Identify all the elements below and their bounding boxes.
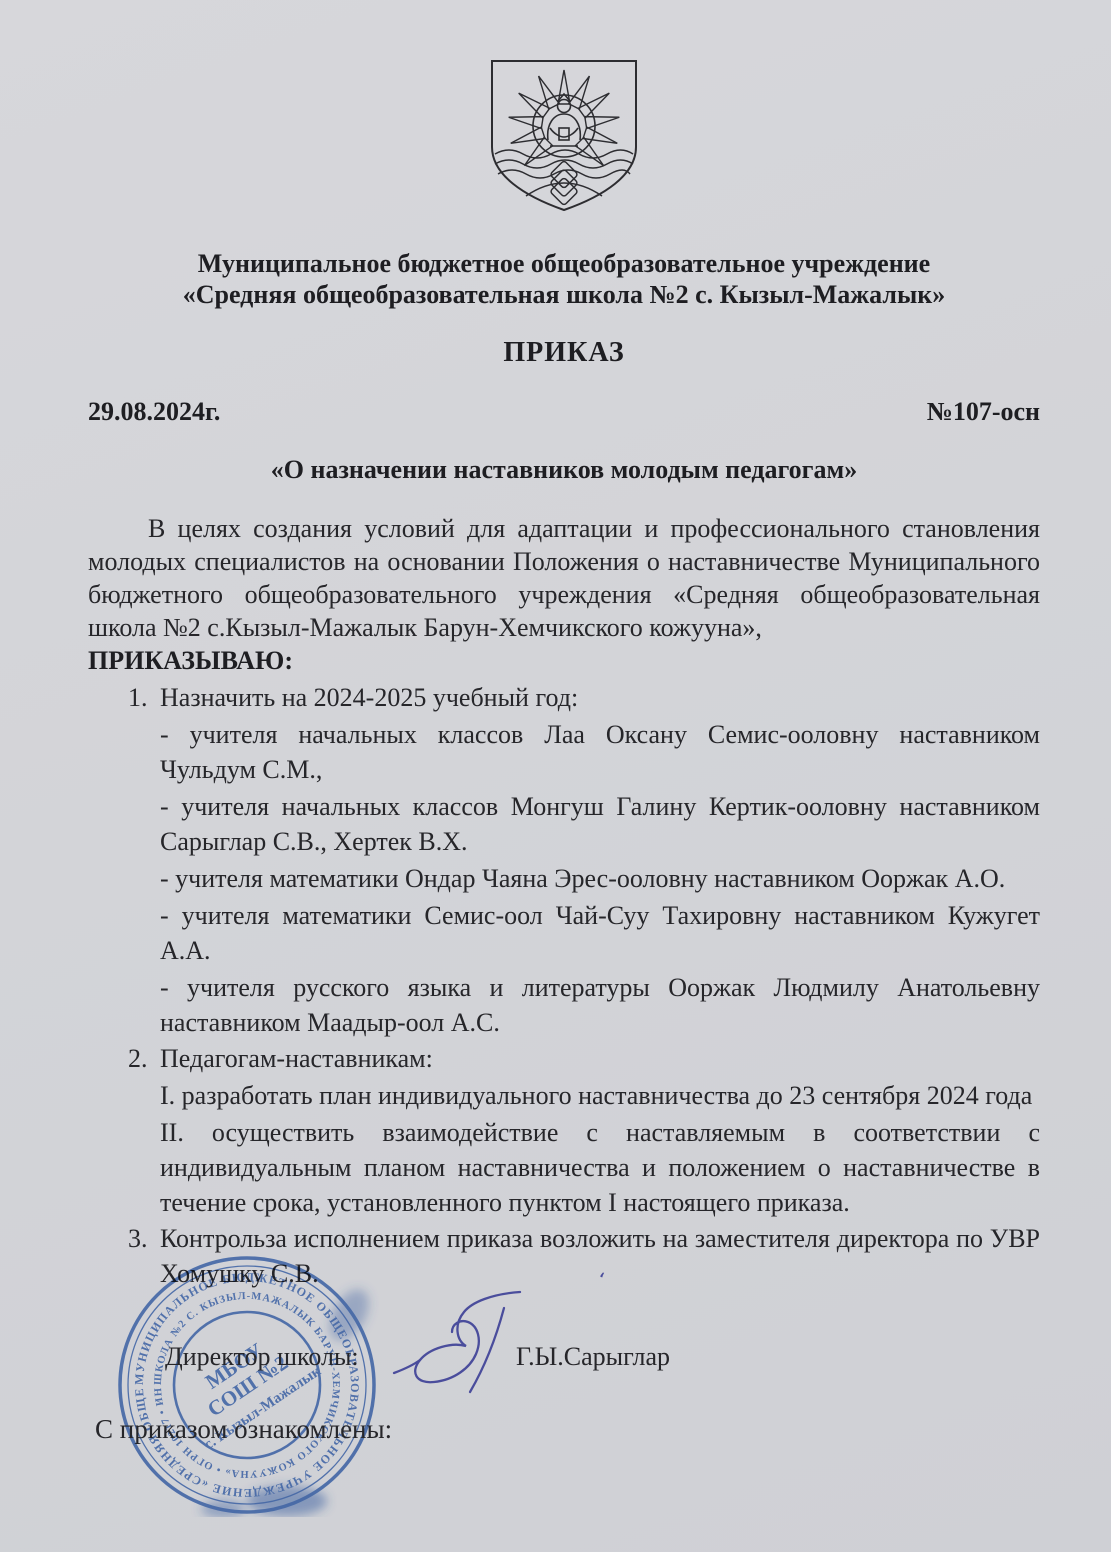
order-subitem: II. осуществить взаимодействие с наставл… <box>160 1115 1040 1220</box>
order-subitem: - учителя математики Семис-оол Чай-Суу Т… <box>160 898 1040 968</box>
order-item-1: 1. Назначить на 2024-2025 учебный год: -… <box>88 680 1040 1040</box>
director-name: Г.Ы.Сарыглар <box>516 1342 670 1372</box>
order-items-list: 1. Назначить на 2024-2025 учебный год: -… <box>88 680 1040 1291</box>
document-type: ПРИКАЗ <box>88 337 1040 368</box>
order-subitem: I. разработать план индивидуального наст… <box>160 1078 1040 1113</box>
acknowledgement-line: С приказом ознакомлены: <box>95 1414 392 1445</box>
item-marker: 1. <box>88 680 160 1040</box>
order-number: №107-осн <box>927 396 1040 427</box>
order-date: 29.08.2024г. <box>88 396 220 427</box>
order-subitem: - учителя начальных классов Монгуш Галин… <box>160 789 1040 859</box>
order-subitem: - учителя математики Ондар Чаяна Эрес-оо… <box>160 861 1040 896</box>
stamp-center-line1: МБОУ <box>201 1338 268 1394</box>
order-subject: «О назначении наставников молодым педаго… <box>88 454 1040 485</box>
order-subitem: - учителя начальных классов Лаа Оксану С… <box>160 717 1040 787</box>
item-marker: 3. <box>88 1221 160 1291</box>
order-item-2: 2. Педагогам-наставникам: I. разработать… <box>88 1041 1040 1220</box>
item-text: Контрольза исполнением приказа возложить… <box>160 1221 1040 1291</box>
item-text: Педагогам-наставникам: <box>160 1041 1040 1076</box>
org-name: Муниципальное бюджетное общеобразователь… <box>88 248 1040 310</box>
round-stamp: МУНИЦИПАЛЬНОЕ БЮДЖЕТНОЕ ОБЩЕОБРАЗОВАТЕЛЬ… <box>115 1253 379 1517</box>
resolution-word: ПРИКАЗЫВАЮ: <box>88 644 1040 677</box>
stamp-center-line3: с. Кызыл-Мажалык <box>201 1363 324 1453</box>
item-text: Назначить на 2024-2025 учебный год: <box>160 680 1040 715</box>
coat-of-arms <box>478 54 650 218</box>
item-marker: 2. <box>88 1041 160 1220</box>
director-signature <box>388 1282 528 1397</box>
coat-of-arms-icon <box>478 54 650 218</box>
order-item-3: 3. Контрольза исполнением приказа возлож… <box>88 1221 1040 1291</box>
scanned-order-page: Муниципальное бюджетное общеобразователь… <box>0 0 1111 1552</box>
org-name-line1: Муниципальное бюджетное общеобразователь… <box>88 248 1040 279</box>
org-name-line2: «Средняя общеобразовательная школа №2 с.… <box>88 279 1040 310</box>
director-role-label: Директор школы: <box>165 1342 359 1372</box>
order-meta-row: 29.08.2024г. №107-осн <box>88 396 1040 427</box>
order-subitem: - учителя русского языка и литературы Оо… <box>160 970 1040 1040</box>
order-intro-paragraph: В целях создания условий для адаптации и… <box>88 512 1040 644</box>
stamp-ink-smudges <box>201 1283 377 1517</box>
stamp-center-line2: СОШ №2 <box>203 1350 292 1421</box>
